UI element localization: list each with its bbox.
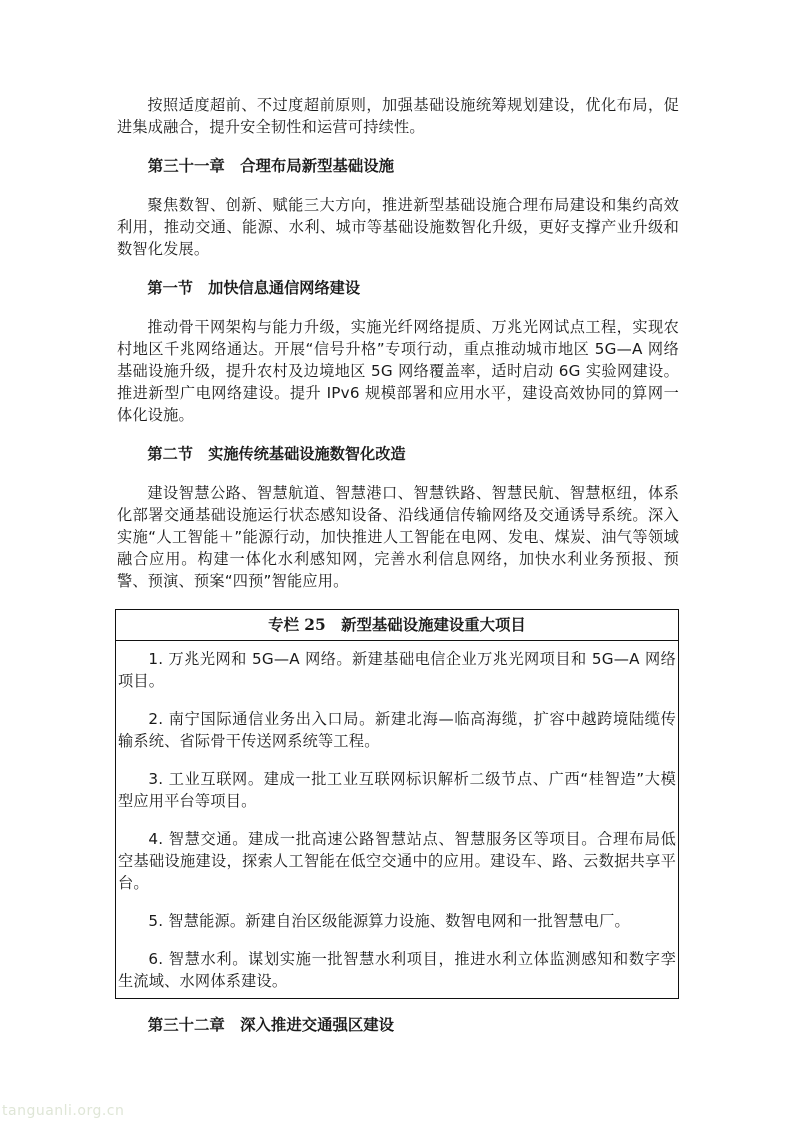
chapter-32-heading: 第三十二章 深入推进交通强区建设 [117, 1014, 679, 1036]
section-1-heading: 第一节 加快信息通信网络建设 [117, 277, 679, 299]
chapter-31-heading: 第三十一章 合理布局新型基础设施 [117, 155, 679, 177]
column-box-item: 2. 南宁国际通信业务出入口局。新建北海—临高海缆，扩容中越跨境陆缆传输系统、省… [118, 708, 676, 752]
watermark: tanguanli.org.cn [2, 1103, 124, 1119]
column-box-item: 4. 智慧交通。建成一批高速公路智慧站点、智慧服务区等项目。合理布局低空基础设施… [118, 828, 676, 894]
column-box-25: 专栏 25 新型基础设施建设重大项目 1. 万兆光网和 5G—A 网络。新建基础… [115, 609, 679, 999]
section-1-paragraph: 推动骨干网架构与能力升级，实施光纤网络提质、万兆光网试点工程，实现农村地区千兆网… [117, 316, 679, 426]
column-box-item: 5. 智慧能源。新建自治区级能源算力设施、数智电网和一批智慧电厂。 [118, 910, 676, 932]
chapter-31-paragraph: 聚焦数智、创新、赋能三大方向，推进新型基础设施合理布局建设和集约高效利用，推动交… [117, 194, 679, 260]
document-page: 按照适度超前、不过度超前原则，加强基础设施统筹规划建设，优化布局，促进集成融合，… [117, 94, 679, 1053]
intro-paragraph: 按照适度超前、不过度超前原则，加强基础设施统筹规划建设，优化布局，促进集成融合，… [117, 94, 679, 138]
column-box-item: 6. 智慧水利。谋划实施一批智慧水利项目，推进水利立体监测感知和数字孪生流域、水… [118, 948, 676, 992]
column-box-item: 1. 万兆光网和 5G—A 网络。新建基础电信企业万兆光网项目和 5G—A 网络… [118, 648, 676, 692]
section-2-paragraph: 建设智慧公路、智慧航道、智慧港口、智慧铁路、智慧民航、智慧枢纽，体系化部署交通基… [117, 482, 679, 592]
section-2-heading: 第二节 实施传统基础设施数智化改造 [117, 443, 679, 465]
column-box-title: 专栏 25 新型基础设施建设重大项目 [116, 610, 678, 641]
column-box-body: 1. 万兆光网和 5G—A 网络。新建基础电信企业万兆光网项目和 5G—A 网络… [116, 641, 678, 998]
column-box-item: 3. 工业互联网。建成一批工业互联网标识解析二级节点、广西“桂智造”大模型应用平… [118, 768, 676, 812]
